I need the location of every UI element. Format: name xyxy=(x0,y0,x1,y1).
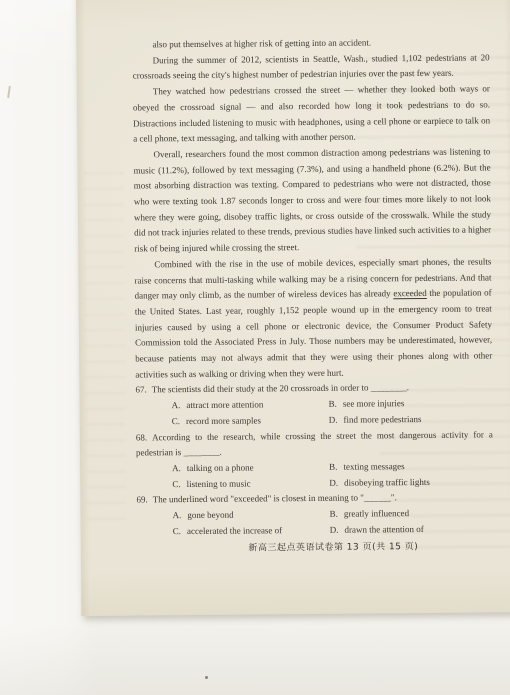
ink-bleedthrough xyxy=(83,162,126,522)
passage-paragraph-3: They watched how pedestrians crossed the… xyxy=(133,82,491,148)
option-label: C. xyxy=(172,416,180,426)
passage-paragraph-5: Combined with the rise in the use of mob… xyxy=(134,254,492,383)
question-69: 69.The underlined word "exceeded" is clo… xyxy=(136,490,493,540)
question-number: 67. xyxy=(135,385,146,395)
question-68-stem: 68.According to the research, while cros… xyxy=(136,427,493,462)
option-text: see more injuries xyxy=(343,398,405,409)
scan-speck xyxy=(7,86,11,98)
question-69-option-d: D.drawn the attention of xyxy=(330,522,424,539)
question-68-option-d: D.disobeying traffic lights xyxy=(329,475,430,492)
question-67-option-b: B.see more injuries xyxy=(329,396,405,412)
question-67-option-c: C.record more samples xyxy=(172,413,329,430)
question-number: 69. xyxy=(136,495,147,505)
question-67-option-d: D.find more pedestrians xyxy=(329,412,422,429)
reading-passage: also put themselves at higher risk of ge… xyxy=(132,34,492,383)
option-label: C. xyxy=(172,479,180,489)
page-footer: 新高三起点英语试卷第 13 页(共 15 页) xyxy=(137,539,494,558)
question-number: 68. xyxy=(136,432,147,442)
question-69-options-row-2: C.accelerated the increase of D.drawn th… xyxy=(137,521,494,540)
option-text: talking on a phone xyxy=(187,462,254,473)
option-label: B. xyxy=(329,462,337,472)
paragraph-text: the population of the United States. Las… xyxy=(135,288,492,380)
option-label: D. xyxy=(330,525,339,535)
option-text: attract more attention xyxy=(186,400,263,411)
option-label: A. xyxy=(172,400,181,410)
option-text: greatly influenced xyxy=(344,508,409,519)
option-label: D. xyxy=(329,477,338,487)
question-69-option-a: A.gone beyond xyxy=(173,507,330,524)
option-text: texting messages xyxy=(343,461,404,472)
passage-paragraph-4: Overall, researchers found the most comm… xyxy=(133,144,491,257)
option-text: disobeying traffic lights xyxy=(344,477,430,488)
option-text: listening to music xyxy=(187,478,251,489)
question-69-option-b: B.greatly influenced xyxy=(330,506,410,522)
option-text: find more pedestrians xyxy=(343,414,421,425)
question-68-option-c: C.listening to music xyxy=(172,475,329,492)
question-67-option-a: A.attract more attention xyxy=(172,397,329,414)
option-text: accelerated the increase of xyxy=(187,525,282,536)
option-label: B. xyxy=(329,399,337,409)
paper-sheet: also put themselves at higher risk of ge… xyxy=(76,0,510,616)
question-68: 68.According to the research, while cros… xyxy=(136,427,494,493)
scanned-exam-page: also put themselves at higher risk of ge… xyxy=(0,0,510,695)
option-label: C. xyxy=(173,526,181,536)
scan-speck xyxy=(205,676,208,679)
page-content: also put themselves at higher risk of ge… xyxy=(132,34,494,557)
option-label: A. xyxy=(172,463,181,473)
question-68-option-a: A.talking on a phone xyxy=(172,460,329,477)
option-text: record more samples xyxy=(186,415,261,426)
option-label: A. xyxy=(173,510,182,520)
question-stem-text: According to the research, while crossin… xyxy=(136,429,493,458)
option-label: D. xyxy=(329,415,338,425)
question-68-option-b: B.texting messages xyxy=(329,459,405,475)
underlined-word-exceeded: exceeded xyxy=(393,288,427,298)
question-67: 67.The scientists did their study at the… xyxy=(135,380,492,430)
question-stem-text: The underlined word "exceeded" is closes… xyxy=(153,493,397,505)
option-text: drawn the attention of xyxy=(344,524,423,535)
passage-paragraph-2: During the summer of 2012, scientists in… xyxy=(133,50,490,85)
question-69-option-c: C.accelerated the increase of xyxy=(173,523,330,540)
option-label: B. xyxy=(330,509,338,519)
question-stem-text: The scientists did their study at the 20… xyxy=(152,383,409,395)
option-text: gone beyond xyxy=(187,510,233,520)
